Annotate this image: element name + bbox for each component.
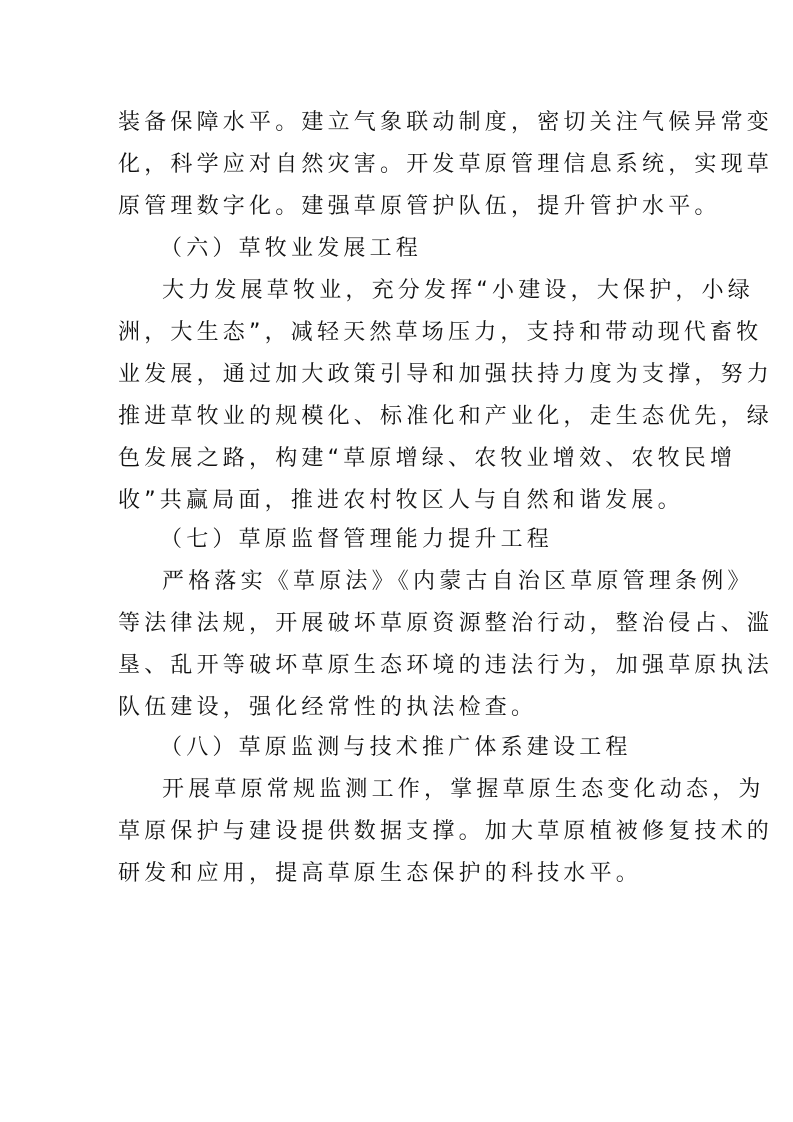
paragraph-line: 原管理数字化。建强草原管护队伍，提升管护水平。 <box>118 186 721 228</box>
paragraph-line: 装备保障水平。建立气象联动制度，密切关注气候异常变 <box>118 102 773 144</box>
paragraph-line: 大力发展草牧业，充分发挥“小建设，大保护，小绿 <box>162 270 754 312</box>
paragraph-line: 业发展，通过加大政策引导和加强扶持力度为支撑，努力 <box>118 354 773 396</box>
paragraph-line: 研发和应用，提高草原生态保护的科技水平。 <box>118 853 642 895</box>
paragraph-line: 开展草原常规监测工作，掌握草原生态变化动态，为 <box>162 769 765 811</box>
section-heading-8: （八）草原监测与技术推广体系建设工程 <box>160 727 632 769</box>
paragraph-line: 严格落实《草原法》《内蒙古自治区草原管理条例》 <box>162 561 754 603</box>
paragraph-line: 队伍建设，强化经常性的执法检查。 <box>118 687 537 729</box>
section-heading-7: （七）草原监督管理能力提升工程 <box>160 519 553 561</box>
paragraph-line: 收”共赢局面，推进农村牧区人与自然和谐发展。 <box>118 480 684 522</box>
paragraph-line: 垦、乱开等破坏草原生态环境的违法行为，加强草原执法 <box>118 645 773 687</box>
section-heading-6: （六）草牧业发展工程 <box>160 228 422 270</box>
paragraph-line: 化，科学应对自然灾害。开发草原管理信息系统，实现草 <box>118 144 773 186</box>
paragraph-line: 等法律法规，开展破坏草原资源整治行动，整治侵占、滥 <box>118 603 773 645</box>
paragraph-line: 推进草牧业的规模化、标准化和产业化，走生态优先，绿 <box>118 396 773 438</box>
paragraph-line: 色发展之路，构建“草原增绿、农牧业增效、农牧民增 <box>118 438 736 480</box>
paragraph-line: 草原保护与建设提供数据支撑。加大草原植被修复技术的 <box>118 811 773 853</box>
paragraph-line: 洲，大生态”，减轻天然草场压力，支持和带动现代畜牧 <box>118 312 762 354</box>
